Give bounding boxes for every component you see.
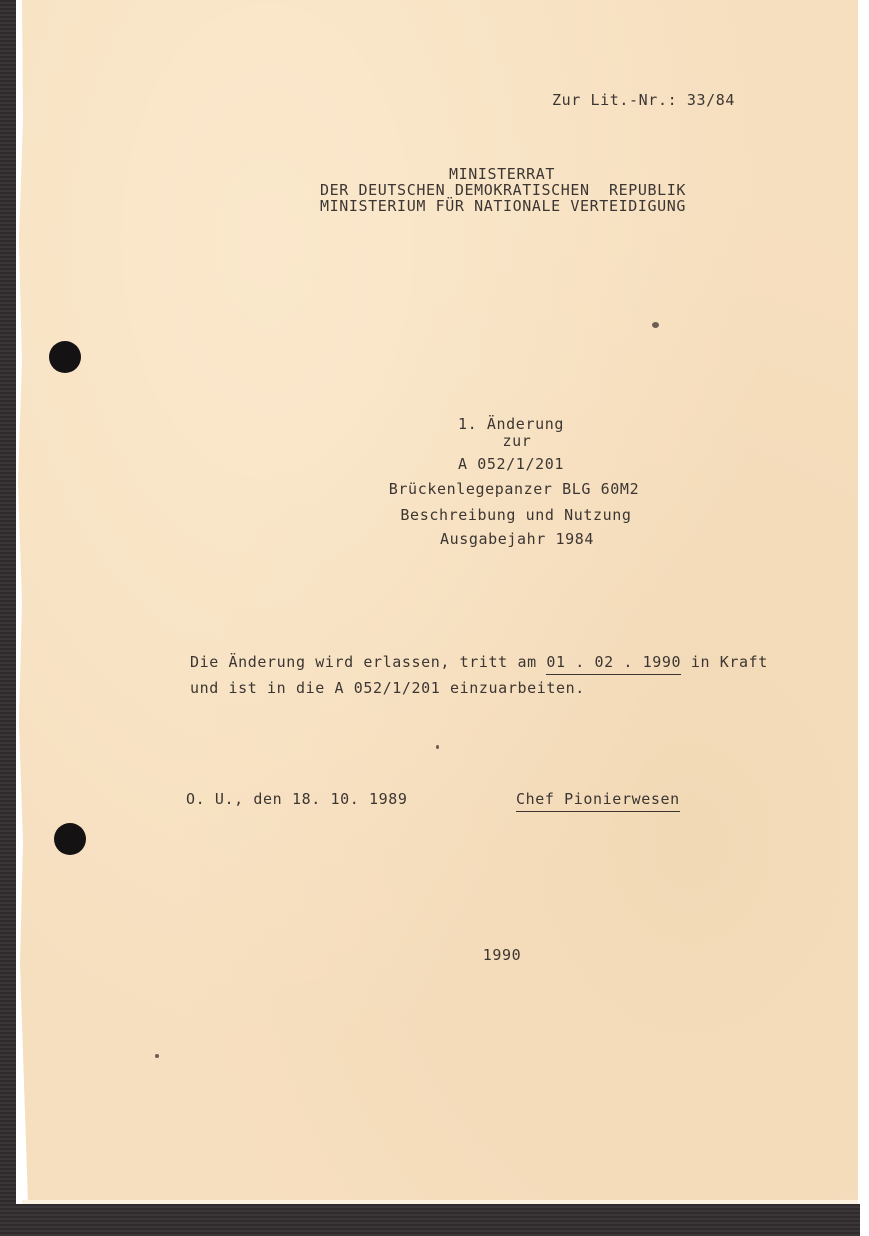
document-description: Beschreibung und Nutzung (400, 508, 631, 523)
decree-suffix: in Kraft (691, 653, 768, 671)
decree-prefix: Die Änderung wird erlassen, tritt am (190, 653, 537, 671)
effective-date: 01 . 02 . 1990 (546, 653, 681, 675)
punch-hole-top (49, 341, 81, 373)
paper-speck (436, 745, 439, 749)
paper-speck (155, 1054, 159, 1058)
signatory-title: Chef Pionierwesen (516, 790, 680, 812)
reference-number: Zur Lit.-Nr.: 33/84 (552, 93, 735, 108)
footer-year: 1990 (483, 948, 522, 963)
binder-edge (0, 0, 16, 1236)
amendment-to: zur (503, 434, 532, 449)
decree-line-1: Die Änderung wird erlassen, tritt am 01 … (190, 655, 768, 670)
header-ministry: MINISTERIUM FÜR NATIONALE VERTEIDIGUNG (320, 199, 686, 214)
edition-year: Ausgabejahr 1984 (440, 532, 594, 547)
document-number: A 052/1/201 (458, 457, 564, 472)
place-date: O. U., den 18. 10. 1989 (186, 792, 408, 807)
header-republic: DER DEUTSCHEN DEMOKRATISCHEN REPUBLIK (320, 183, 686, 198)
reference-label: Zur Lit.-Nr.: (552, 91, 677, 109)
header-ministerrat: MINISTERRAT (449, 167, 555, 182)
scan-right-margin (858, 0, 869, 1204)
decree-line-2: und ist in die A 052/1/201 einzuarbeiten… (190, 681, 585, 696)
document-subject: Brückenlegepanzer BLG 60M2 (389, 482, 639, 497)
amendment-title: 1. Änderung (458, 417, 564, 432)
paper-speck (652, 322, 659, 328)
punch-hole-bottom (54, 823, 86, 855)
scanner-bottom-edge (0, 1204, 860, 1236)
reference-value: 33/84 (687, 91, 735, 109)
signatory: Chef Pionierwesen (516, 792, 680, 807)
